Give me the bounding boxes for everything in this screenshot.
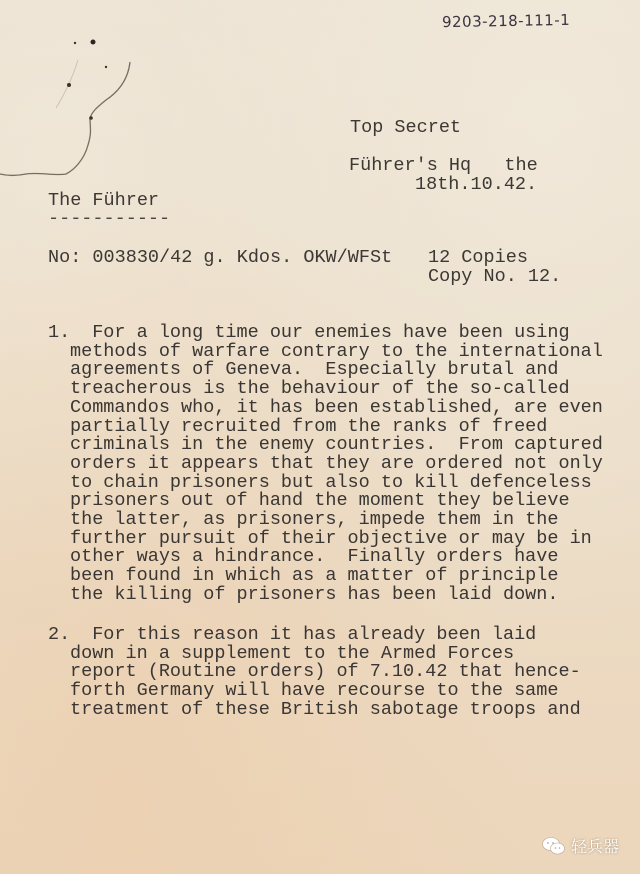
- reference-number: No: 003830/42 g. Kdos. OKW/WFSt: [48, 249, 392, 268]
- text-line: For a long time our enemies have been us…: [70, 324, 603, 343]
- place-line: Führer's Hq the: [349, 157, 538, 176]
- copy-number: Copy No. 12.: [428, 268, 561, 287]
- watermark-text: 轻兵器: [571, 834, 619, 857]
- text-line: treatment of these British sabotage troo…: [70, 701, 581, 720]
- text-line: For this reason it has already been laid: [70, 626, 581, 645]
- date-line: 18th.10.42.: [415, 176, 537, 195]
- paper-tear-mark: [0, 0, 160, 190]
- text-line: forth Germany will have recourse to the …: [70, 682, 581, 701]
- paragraph-number: 2.: [48, 626, 70, 645]
- text-line: the latter, as prisoners, impede them in…: [70, 511, 603, 530]
- classification-label: Top Secret: [350, 119, 461, 138]
- wechat-icon: [541, 836, 567, 856]
- paragraph-body: For this reason it has already been laid…: [70, 626, 581, 720]
- text-line: Commandos who, it has been established, …: [70, 399, 603, 418]
- text-line: the killing of prisoners has been laid d…: [70, 586, 603, 605]
- text-line: orders it appears that they are ordered …: [70, 455, 603, 474]
- text-line: treacherous is the behaviour of the so-c…: [70, 380, 603, 399]
- sender-underline: -----------: [48, 210, 170, 229]
- paragraph-body: For a long time our enemies have been us…: [70, 324, 603, 605]
- paragraph-number: 1.: [48, 324, 70, 343]
- watermark: 轻兵器: [541, 834, 619, 857]
- archive-number: 9203-218-111-1: [442, 11, 571, 31]
- copies-total: 12 Copies: [428, 249, 528, 268]
